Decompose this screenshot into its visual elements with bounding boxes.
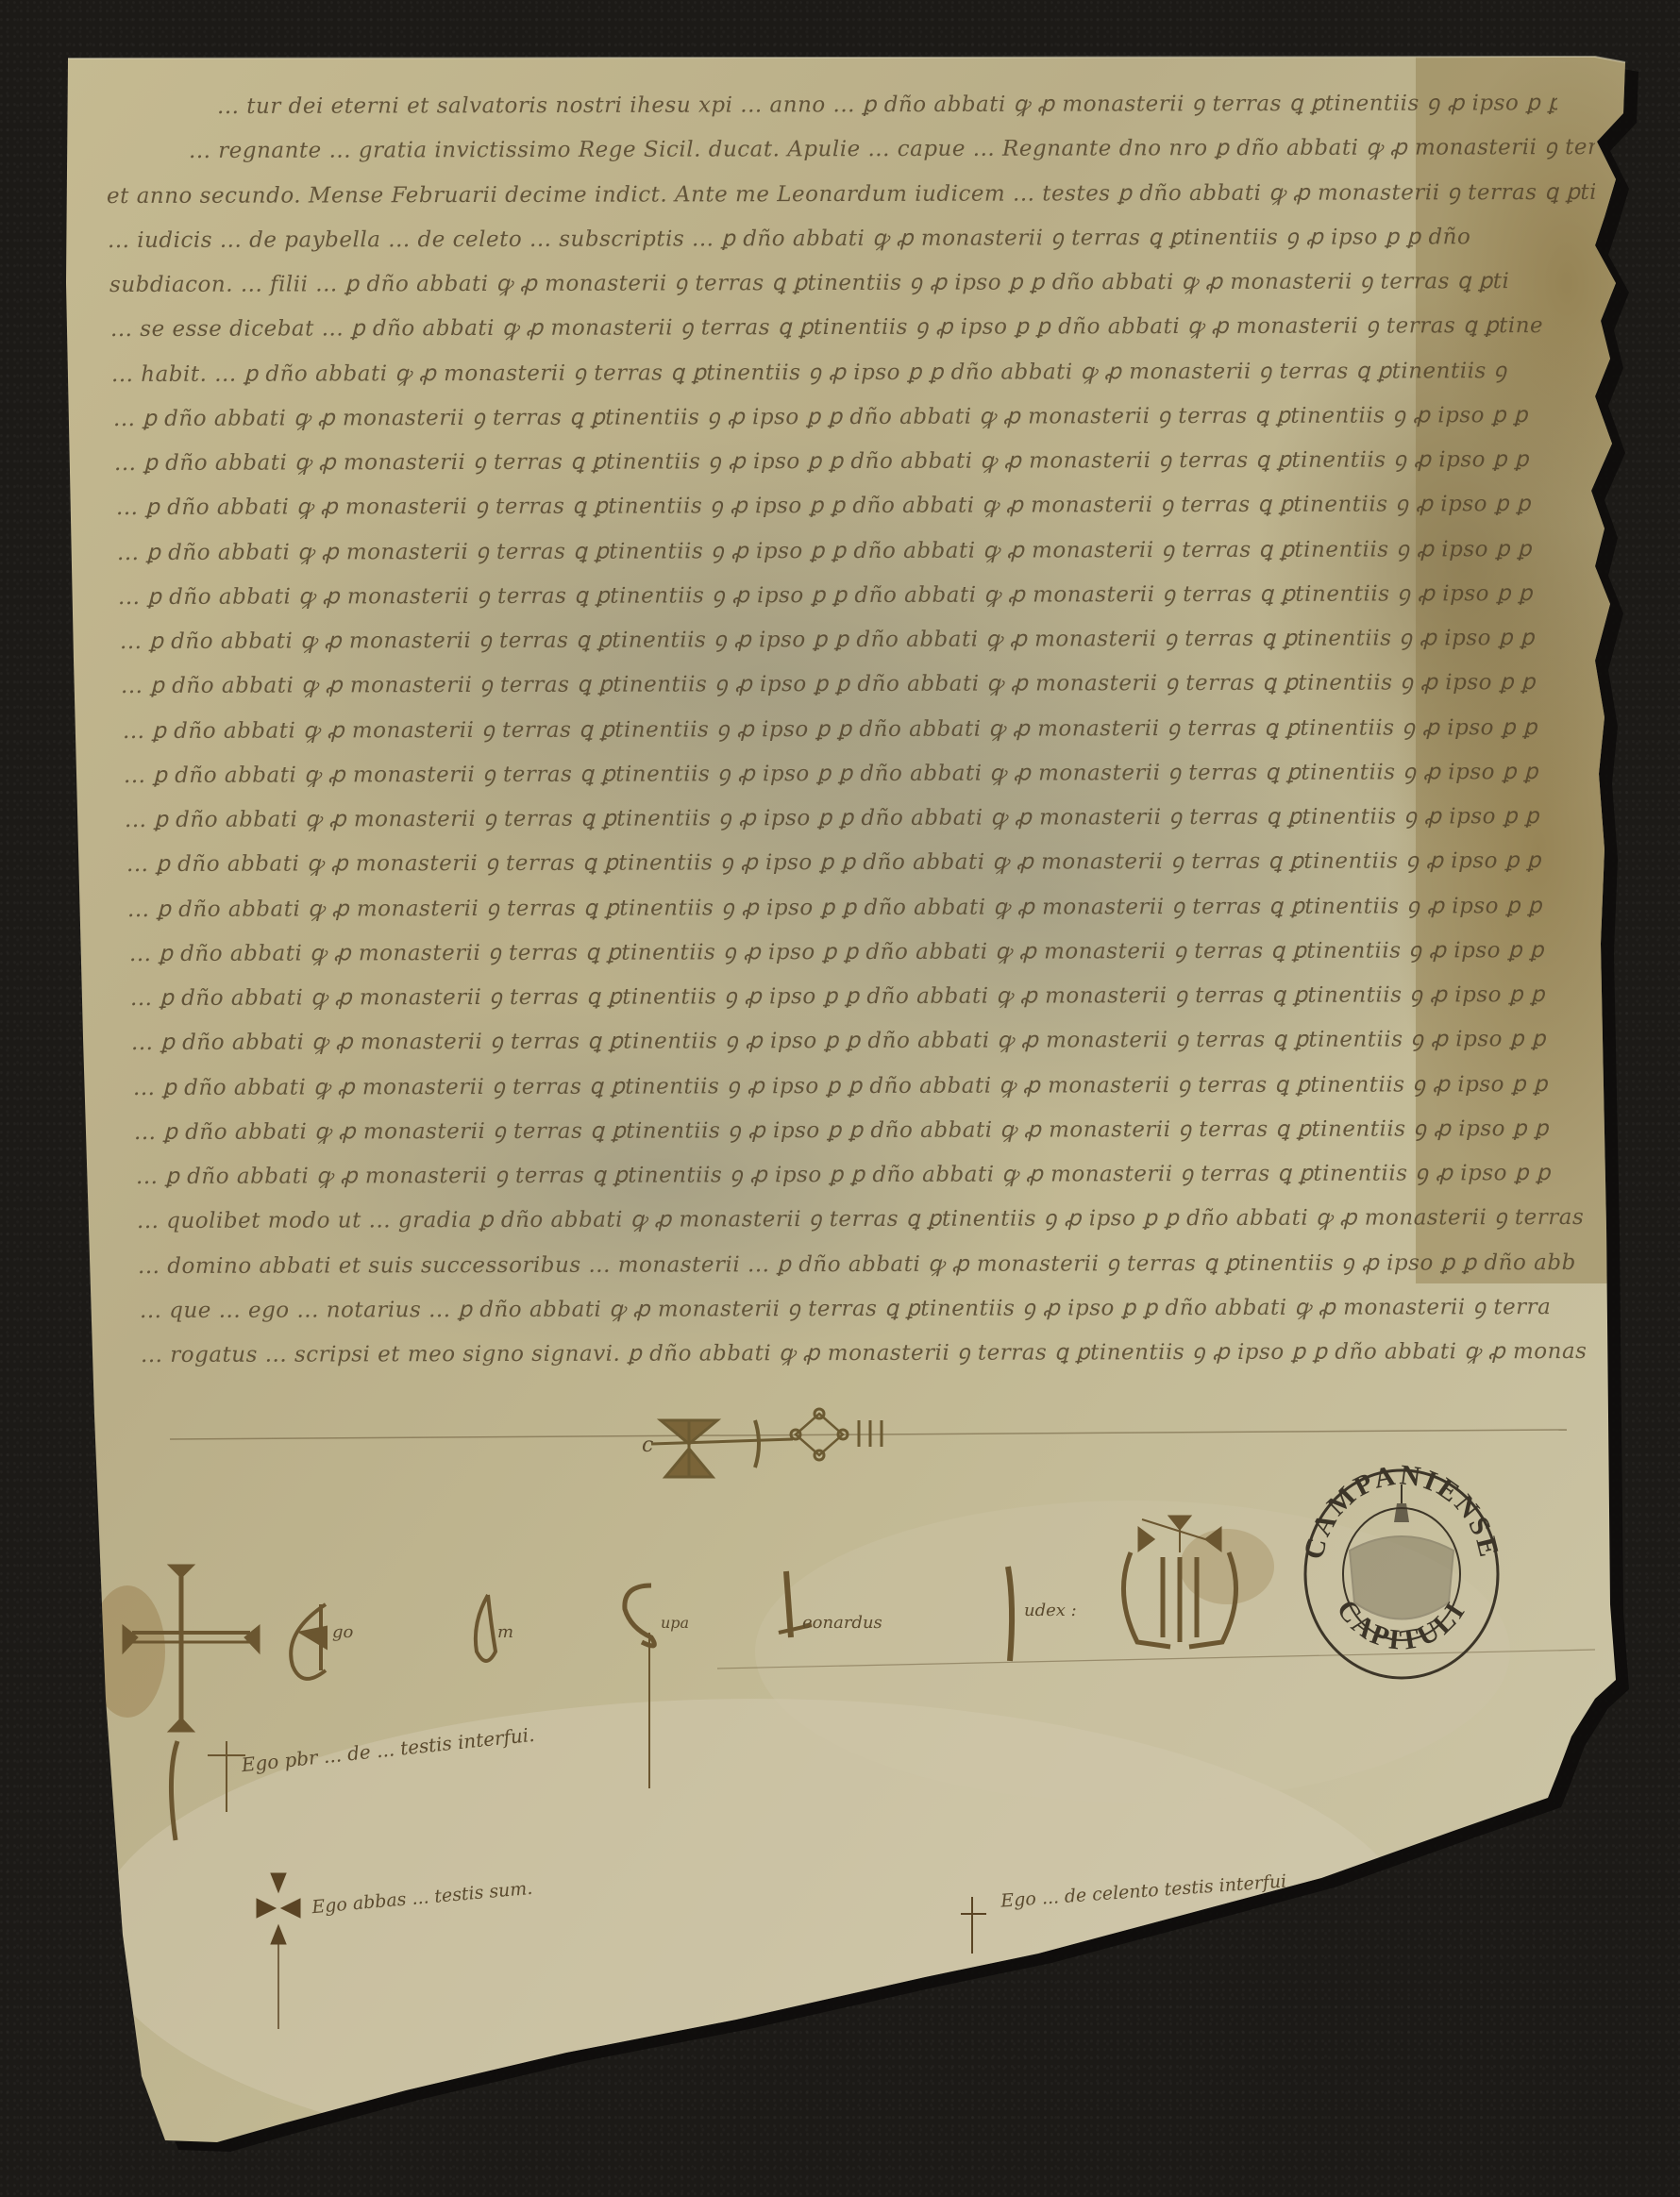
svg-text:c: c bbox=[642, 1434, 653, 1457]
svg-text:m: m bbox=[497, 1622, 513, 1642]
svg-text:udex :: udex : bbox=[1024, 1601, 1077, 1620]
svg-text:CAPITULI: CAPITULI bbox=[1331, 1594, 1472, 1656]
svg-text:upa: upa bbox=[661, 1614, 689, 1632]
svg-text:eonardus: eonardus bbox=[802, 1613, 882, 1633]
parchment-sheet: c go m upa bbox=[0, 0, 1680, 2197]
svg-text:CAMPANIENSE: CAMPANIENSE bbox=[1298, 1463, 1505, 1563]
stamp-top-text: CAMPANIENSE bbox=[1298, 1463, 1505, 1563]
svg-text:go: go bbox=[332, 1622, 354, 1642]
stamp-lettering: CAMPANIENSE CAPITULI bbox=[1298, 1463, 1505, 1685]
stamp-bottom-text: CAPITULI bbox=[1331, 1594, 1472, 1656]
